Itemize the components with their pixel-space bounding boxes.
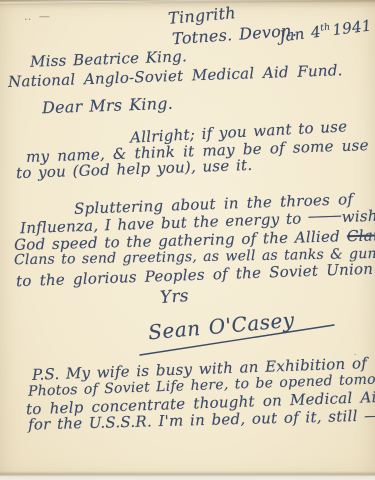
salutation-line: Dear Mrs King. [42,94,174,118]
struck-word: Clans [347,226,375,245]
paper-crease-middle [0,0,375,5]
paper-bottom-edge [0,471,375,480]
paper-crease-top [0,0,150,6]
strikeout-stroke: — [306,206,343,225]
signature: Sean O'Casey [147,308,295,345]
valediction: Yrs [159,286,189,308]
address-house-line: Tingrith [167,3,236,28]
letter-page: ‥ — Tingrith Totnes. Devon. Jan 4th1941 … [0,0,375,480]
pencil-mark: ‥ — [24,10,52,23]
date-day: Jan 4 [278,23,322,46]
date-ordinal-suffix: th [320,22,331,33]
date-year: 1941 [331,16,372,39]
body-line-text: wish [341,207,375,226]
